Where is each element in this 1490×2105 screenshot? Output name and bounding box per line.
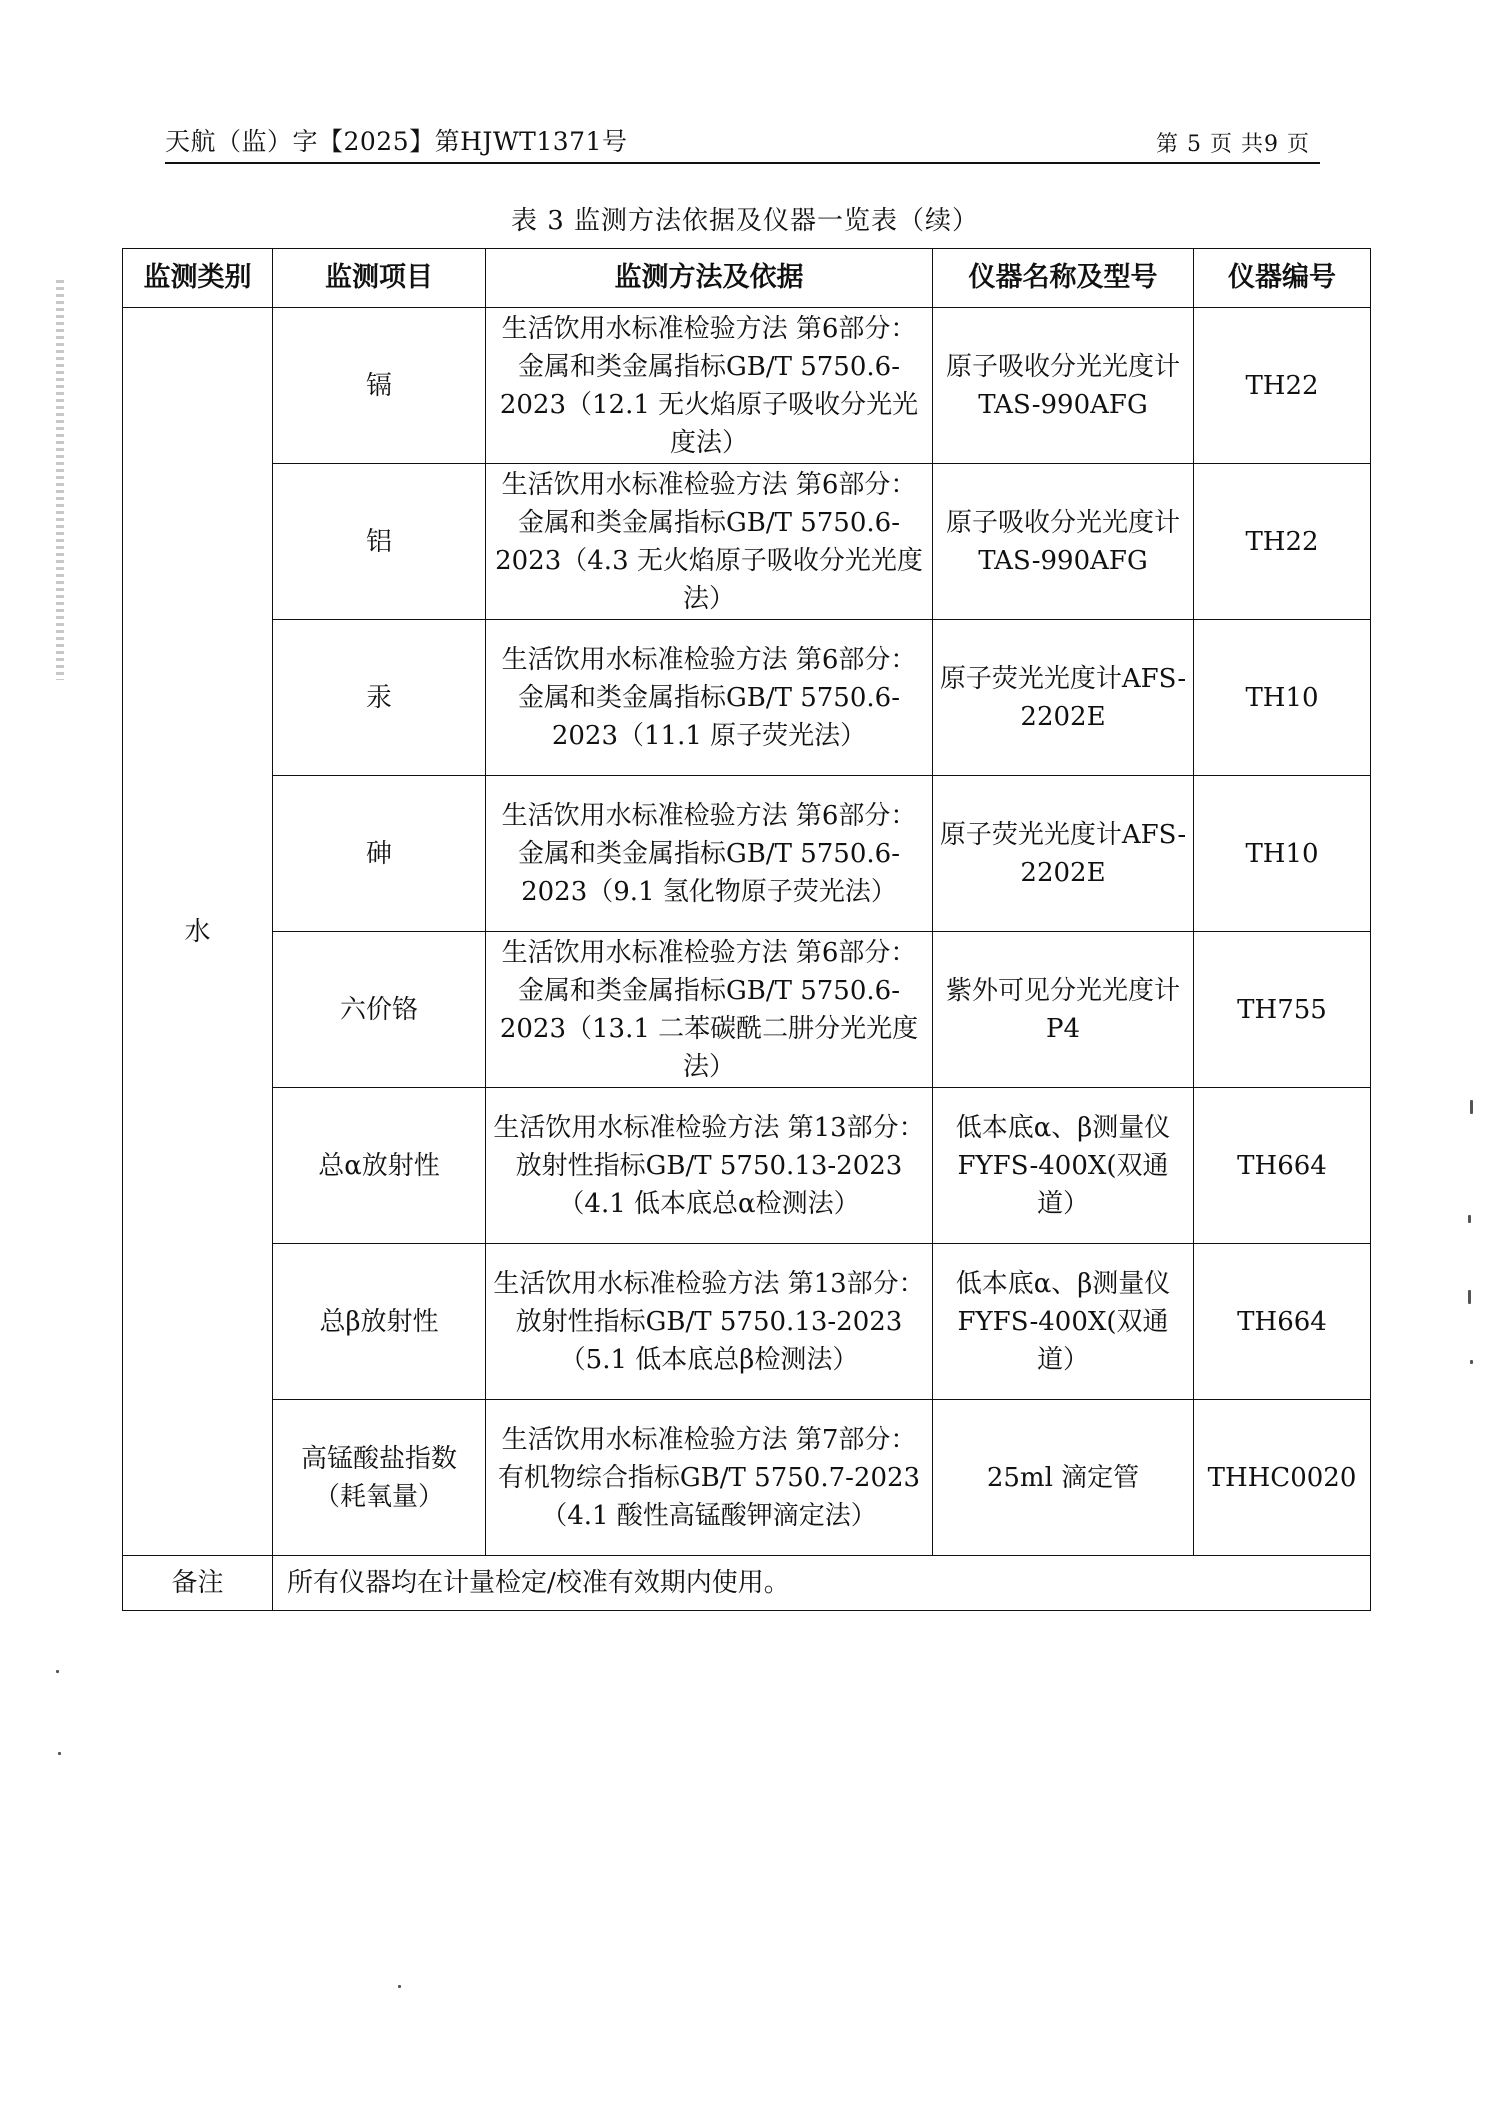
- instrument-cell: 原子吸收分光光度计TAS-990AFG: [933, 464, 1194, 620]
- scan-speck: [398, 1985, 401, 1988]
- column-header-instrument-id: 仪器编号: [1194, 249, 1371, 308]
- category-cell: 水: [123, 308, 273, 1556]
- instrument-cell: 25ml 滴定管: [933, 1400, 1194, 1556]
- methods-instruments-table: 监测类别 监测项目 监测方法及依据 仪器名称及型号 仪器编号 水 镉 生活饮用水…: [122, 248, 1371, 1611]
- instrument-id-cell: TH22: [1194, 464, 1371, 620]
- note-text: 所有仪器均在计量检定/校准有效期内使用。: [273, 1556, 1371, 1611]
- column-header-category: 监测类别: [123, 249, 273, 308]
- table-title: 表 3 监测方法依据及仪器一览表（续）: [0, 200, 1490, 237]
- item-cell: 高锰酸盐指数（耗氧量）: [273, 1400, 486, 1556]
- instrument-id-cell: THHC0020: [1194, 1400, 1371, 1556]
- instrument-cell: 原子荧光光度计AFS-2202E: [933, 620, 1194, 776]
- instrument-id-cell: TH664: [1194, 1244, 1371, 1400]
- method-cell: 生活饮用水标准检验方法 第6部分：金属和类金属指标GB/T 5750.6-202…: [486, 620, 933, 776]
- item-cell: 铝: [273, 464, 486, 620]
- method-cell: 生活饮用水标准检验方法 第13部分：放射性指标GB/T 5750.13-2023…: [486, 1244, 933, 1400]
- page-header: 天航（监）字【2025】第HJWT1371号 第 5 页 共9 页: [165, 122, 1320, 164]
- table-row: 高锰酸盐指数（耗氧量） 生活饮用水标准检验方法 第7部分：有机物综合指标GB/T…: [123, 1400, 1371, 1556]
- table-row: 水 镉 生活饮用水标准检验方法 第6部分：金属和类金属指标GB/T 5750.6…: [123, 308, 1371, 464]
- page-indicator: 第 5 页 共9 页: [1156, 127, 1310, 158]
- item-cell: 六价铬: [273, 932, 486, 1088]
- column-header-method: 监测方法及依据: [486, 249, 933, 308]
- report-number: 天航（监）字【2025】第HJWT1371号: [165, 122, 627, 158]
- instrument-cell: 紫外可见分光光度计 P4: [933, 932, 1194, 1088]
- instrument-id-cell: TH10: [1194, 776, 1371, 932]
- item-cell: 镉: [273, 308, 486, 464]
- item-cell: 汞: [273, 620, 486, 776]
- instrument-cell: 原子吸收分光光度计TAS-990AFG: [933, 308, 1194, 464]
- instrument-cell: 低本底α、β测量仪 FYFS-400X(双通道）: [933, 1088, 1194, 1244]
- table-row: 砷 生活饮用水标准检验方法 第6部分：金属和类金属指标GB/T 5750.6-2…: [123, 776, 1371, 932]
- method-cell: 生活饮用水标准检验方法 第6部分：金属和类金属指标GB/T 5750.6-202…: [486, 464, 933, 620]
- item-cell: 总α放射性: [273, 1088, 486, 1244]
- note-row: 备注 所有仪器均在计量检定/校准有效期内使用。: [123, 1556, 1371, 1611]
- binding-margin-marks: [56, 280, 64, 680]
- scan-speck: [1470, 1360, 1473, 1364]
- table-row: 汞 生活饮用水标准检验方法 第6部分：金属和类金属指标GB/T 5750.6-2…: [123, 620, 1371, 776]
- scan-speck: [1468, 1215, 1471, 1223]
- column-header-item: 监测项目: [273, 249, 486, 308]
- scan-speck: [1470, 1100, 1473, 1114]
- method-cell: 生活饮用水标准检验方法 第6部分：金属和类金属指标GB/T 5750.6-202…: [486, 932, 933, 1088]
- instrument-cell: 原子荧光光度计AFS-2202E: [933, 776, 1194, 932]
- column-header-instrument: 仪器名称及型号: [933, 249, 1194, 308]
- method-cell: 生活饮用水标准检验方法 第7部分：有机物综合指标GB/T 5750.7-2023…: [486, 1400, 933, 1556]
- item-cell: 总β放射性: [273, 1244, 486, 1400]
- item-cell: 砷: [273, 776, 486, 932]
- instrument-id-cell: TH10: [1194, 620, 1371, 776]
- table-row: 总α放射性 生活饮用水标准检验方法 第13部分：放射性指标GB/T 5750.1…: [123, 1088, 1371, 1244]
- table-row: 六价铬 生活饮用水标准检验方法 第6部分：金属和类金属指标GB/T 5750.6…: [123, 932, 1371, 1088]
- table-header-row: 监测类别 监测项目 监测方法及依据 仪器名称及型号 仪器编号: [123, 249, 1371, 308]
- table-row: 总β放射性 生活饮用水标准检验方法 第13部分：放射性指标GB/T 5750.1…: [123, 1244, 1371, 1400]
- scan-speck: [56, 1670, 59, 1673]
- instrument-id-cell: TH755: [1194, 932, 1371, 1088]
- instrument-id-cell: TH22: [1194, 308, 1371, 464]
- method-cell: 生活饮用水标准检验方法 第13部分：放射性指标GB/T 5750.13-2023…: [486, 1088, 933, 1244]
- method-cell: 生活饮用水标准检验方法 第6部分：金属和类金属指标GB/T 5750.6-202…: [486, 776, 933, 932]
- scan-speck: [1468, 1290, 1471, 1304]
- instrument-cell: 低本底α、β测量仪 FYFS-400X(双通道）: [933, 1244, 1194, 1400]
- scan-speck: [58, 1752, 61, 1755]
- table-row: 铝 生活饮用水标准检验方法 第6部分：金属和类金属指标GB/T 5750.6-2…: [123, 464, 1371, 620]
- method-cell: 生活饮用水标准检验方法 第6部分：金属和类金属指标GB/T 5750.6-202…: [486, 308, 933, 464]
- note-label: 备注: [123, 1556, 273, 1611]
- instrument-id-cell: TH664: [1194, 1088, 1371, 1244]
